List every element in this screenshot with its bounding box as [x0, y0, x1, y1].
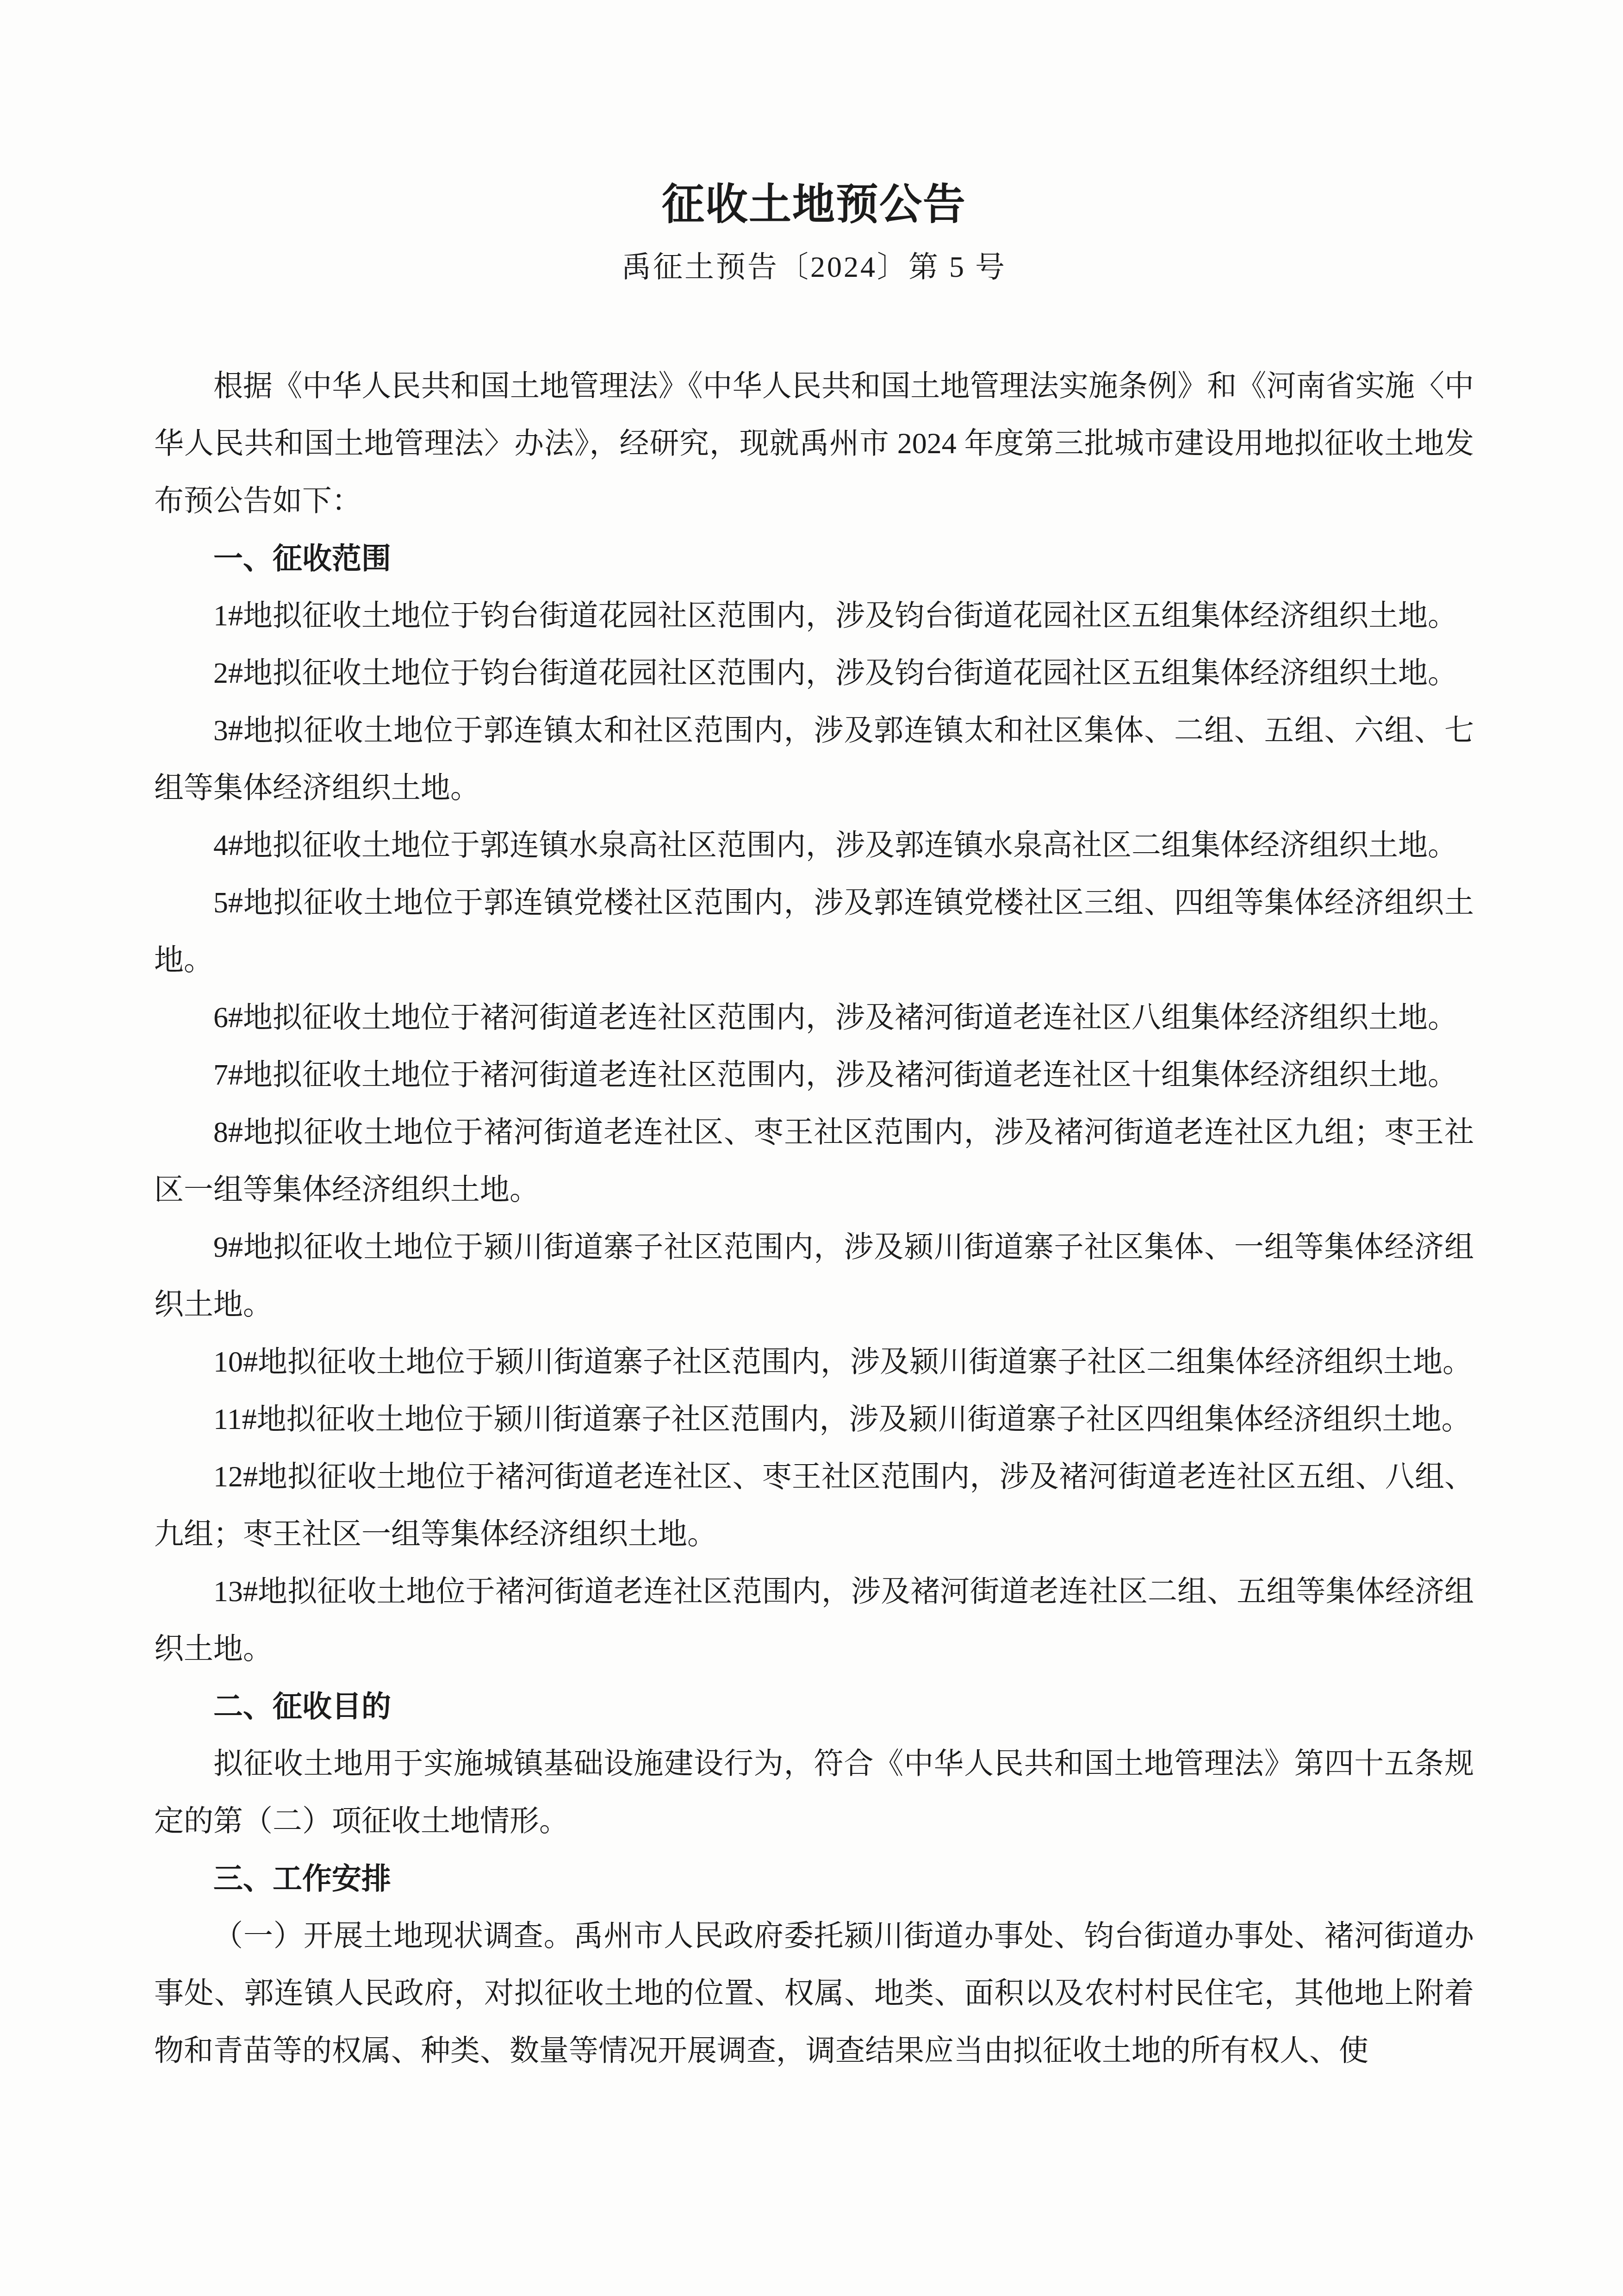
parcel-item-11: 11#地拟征收土地位于颍川街道寨子社区范围内，涉及颍川街道寨子社区四组集体经济组…	[154, 1391, 1474, 1448]
parcel-item-6: 6#地拟征收土地位于褚河街道老连社区范围内，涉及褚河街道老连社区八组集体经济组织…	[154, 989, 1474, 1046]
parcel-item-13: 13#地拟征收土地位于褚河街道老连社区范围内，涉及褚河街道老连社区二组、五组等集…	[154, 1563, 1474, 1678]
intro-paragraph: 根据《中华人民共和国土地管理法》《中华人民共和国土地管理法实施条例》和《河南省实…	[154, 357, 1474, 530]
section1-heading: 一、征收范围	[154, 530, 1474, 587]
parcel-item-8: 8#地拟征收土地位于褚河街道老连社区、枣王社区范围内，涉及褚河街道老连社区九组；…	[154, 1104, 1474, 1218]
parcel-item-10: 10#地拟征收土地位于颍川街道寨子社区范围内，涉及颍川街道寨子社区二组集体经济组…	[154, 1333, 1474, 1391]
document-title: 征收土地预公告	[154, 183, 1474, 226]
section2-heading: 二、征收目的	[154, 1678, 1474, 1735]
section3-heading: 三、工作安排	[154, 1850, 1474, 1907]
parcel-item-5: 5#地拟征收土地位于郭连镇党楼社区范围内，涉及郭连镇党楼社区三组、四组等集体经济…	[154, 874, 1474, 989]
document-number: 禹征土预告〔2024〕第 5 号	[154, 252, 1474, 282]
parcel-item-3: 3#地拟征收土地位于郭连镇太和社区范围内，涉及郭连镇太和社区集体、二组、五组、六…	[154, 702, 1474, 817]
document-page: 征收土地预公告 禹征土预告〔2024〕第 5 号 根据《中华人民共和国土地管理法…	[0, 0, 1623, 2296]
parcel-item-4: 4#地拟征收土地位于郭连镇水泉高社区范围内，涉及郭连镇水泉高社区二组集体经济组织…	[154, 817, 1474, 874]
section2-paragraph: 拟征收土地用于实施城镇基础设施建设行为，符合《中华人民共和国土地管理法》第四十五…	[154, 1735, 1474, 1850]
parcel-item-7: 7#地拟征收土地位于褚河街道老连社区范围内，涉及褚河街道老连社区十组集体经济组织…	[154, 1046, 1474, 1104]
section3-paragraph: （一）开展土地现状调查。禹州市人民政府委托颍川街道办事处、钧台街道办事处、褚河街…	[154, 1907, 1474, 2079]
parcel-item-9: 9#地拟征收土地位于颍川街道寨子社区范围内，涉及颍川街道寨子社区集体、一组等集体…	[154, 1218, 1474, 1333]
parcel-item-12: 12#地拟征收土地位于褚河街道老连社区、枣王社区范围内，涉及褚河街道老连社区五组…	[154, 1448, 1474, 1563]
document-content: 征收土地预公告 禹征土预告〔2024〕第 5 号 根据《中华人民共和国土地管理法…	[0, 0, 1623, 2079]
document-body: 根据《中华人民共和国土地管理法》《中华人民共和国土地管理法实施条例》和《河南省实…	[154, 357, 1474, 2079]
parcel-item-1: 1#地拟征收土地位于钧台街道花园社区范围内，涉及钧台街道花园社区五组集体经济组织…	[154, 587, 1474, 644]
parcel-item-2: 2#地拟征收土地位于钧台街道花园社区范围内，涉及钧台街道花园社区五组集体经济组织…	[154, 644, 1474, 702]
